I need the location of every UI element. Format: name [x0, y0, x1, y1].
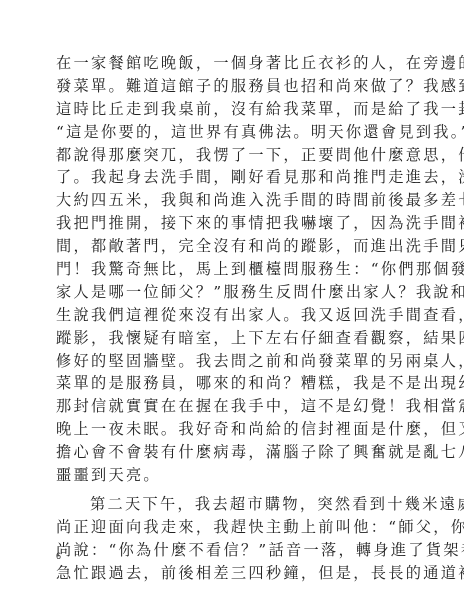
text-line: “這是你要的，這世界有真佛法。明天你還會見到我。”幾句話 — [56, 121, 412, 144]
paragraph-2: 第二天下午，我去超市購物，突然看到十幾米遠處，那個和 尚正迎面向我走來，我趕快主… — [56, 493, 412, 585]
text-line: 發菜單。難道這館子的服務員也招和尚來做了？我感到不可理解。 — [56, 75, 412, 98]
text-line: 尚說：“你為什麼不看信？”話音一落，轉身進了貨架巷道。我 — [56, 539, 412, 562]
text-line: 在一家餐館吃晚飯，一個身著比丘衣衫的人，在旁邊的兩張桌上 — [56, 52, 412, 75]
text-line: 晚上一夜未眠。我好奇和尚給的信封裡面是什麼，但又不敢打開， — [56, 418, 412, 441]
text-line: 了。我起身去洗手間，剛好看見那和尚推門走進去，洗手間離我 — [56, 166, 412, 189]
text-line: 急忙跟過去，前後相差三四秒鐘，但是，長長的通道裡，除了看 — [56, 562, 412, 585]
text-line: 間，都敞著門，完全沒有和尚的蹤影，而進出洗手間只有一道大 — [56, 235, 412, 258]
text-line: 門！我驚奇無比，馬上到櫃檯問服務生：“你們那個發菜單的出 — [56, 258, 412, 281]
page-number: 6 — [56, 551, 61, 561]
text-line: 這時比丘走到我桌前，沒有給我菜單，而是給了我一封信。他說： — [56, 98, 412, 121]
text-line: 那封信就實實在在握在我手中，這不是幻覺！我相當震驚，當天 — [56, 395, 412, 418]
text-line: 蹤影，我懷疑有暗室，上下左右仔細查看觀察，結果四周都是裝 — [56, 327, 412, 350]
text-line: 生說我們這裡從來沒有出家人。我又返回洗手間查看，依然沒有 — [56, 304, 412, 327]
text-line: 菜單的是服務員，哪來的和尚？糟糕，我是不是出現幻覺了？可 — [56, 372, 412, 395]
text-line: 修好的堅固牆壁。我去問之前和尚發菜單的另兩桌人，他們說發 — [56, 350, 412, 373]
text-line: 尚正迎面向我走來，我趕快主動上前叫他：“師父，你好！”和 — [56, 516, 412, 539]
text-line: 大約四五米，我與和尚進入洗手間的時間前後最多差七八秒鐘， — [56, 189, 412, 212]
paragraph-1: 在一家餐館吃晚飯，一個身著比丘衣衫的人，在旁邊的兩張桌上 發菜單。難道這館子的服… — [56, 52, 412, 487]
document-page: 在一家餐館吃晚飯，一個身著比丘衣衫的人，在旁邊的兩張桌上 發菜單。難道這館子的服… — [0, 0, 464, 600]
text-line: 我把門推開，接下來的事情把我嚇壞了，因為洗手間裡就兩個格 — [56, 212, 412, 235]
body-text: 在一家餐館吃晚飯，一個身著比丘衣衫的人，在旁邊的兩張桌上 發菜單。難道這館子的服… — [56, 52, 412, 584]
text-line: 噩噩到天亮。 — [56, 464, 412, 487]
text-line: 都說得那麼突兀，我愣了一下，正要問他什麼意思，他卻轉身走 — [56, 144, 412, 167]
text-line: 第二天下午，我去超市購物，突然看到十幾米遠處，那個和 — [56, 493, 412, 516]
text-line: 家人是哪一位師父？”服務生反問什麼出家人？我說和尚。服務 — [56, 281, 412, 304]
text-line: 擔心會不會裝有什麼病毒，滿腦子除了興奮就是亂七八糟，渾渾 — [56, 441, 412, 464]
